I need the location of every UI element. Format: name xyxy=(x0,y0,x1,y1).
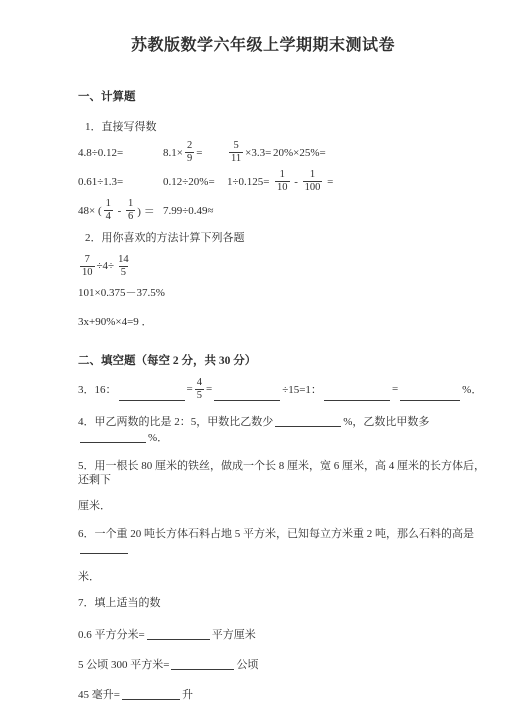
fraction: 29 xyxy=(185,140,194,165)
fraction-numerator: 1 xyxy=(278,169,287,181)
expression-cell: 1÷0.125= xyxy=(227,176,273,188)
text-run: 公顷 xyxy=(236,656,258,672)
q2-expression-3: 3x+90%×4=9 ． xyxy=(78,313,490,329)
fraction: 511 xyxy=(229,140,243,165)
fraction-numerator: 14 xyxy=(116,254,131,266)
question6-line2: 米． xyxy=(78,570,490,584)
question1-label: 1．直接写得数 xyxy=(85,120,490,134)
text-run: 4.8÷0.12= xyxy=(78,147,123,159)
fraction-numerator: 7 xyxy=(83,254,92,266)
q2-expression-2: 101×0.375－37.5% xyxy=(78,284,490,300)
text-run: %． xyxy=(462,381,482,397)
expression-cell: 4.8÷0.12= xyxy=(78,147,163,159)
fraction: 16 xyxy=(126,198,135,223)
q1-expressions-row3: 48× (14 - 16) ＝7.99÷0.49≈ xyxy=(78,196,490,225)
expression-cell: 511×3.3= xyxy=(227,140,273,165)
fraction: 710 xyxy=(80,254,95,279)
fraction-numerator: 4 xyxy=(195,377,204,389)
answer-blank xyxy=(122,687,180,700)
text-run: 48× ( xyxy=(78,205,102,217)
fraction-denominator: 4 xyxy=(104,210,113,223)
question3-line: 3．16：=45=÷15=1：=%． xyxy=(78,375,490,403)
text-run: %，乙数比甲数多 xyxy=(343,413,429,429)
fraction-denominator: 5 xyxy=(119,266,128,279)
text-run: = xyxy=(392,383,398,395)
expression-cell: 0.12÷20%= xyxy=(163,176,227,188)
expression-cell: 48× (14 - 16) ＝ xyxy=(78,198,163,223)
text-run: 0.12÷20%= xyxy=(163,176,215,188)
section2-heading: 二、填空题（每空 2 分，共 30 分） xyxy=(78,354,490,368)
expression-cell: 8.1×29= xyxy=(163,140,227,165)
fraction-numerator: 1 xyxy=(308,169,317,181)
text-run: %． xyxy=(148,429,168,445)
fraction-denominator: 11 xyxy=(229,152,243,165)
question5-line1: 5．用一根长 80 厘米的铁丝，做成一个长 8 厘米，宽 6 厘米，高 4 厘米… xyxy=(78,459,490,487)
fraction: 110 xyxy=(275,169,290,194)
fraction-denominator: 6 xyxy=(126,210,135,223)
question7-label: 7．填上适当的数 xyxy=(78,596,490,610)
answer-blank xyxy=(147,627,210,640)
answer-blank xyxy=(400,388,460,401)
q7-conversion-1: 0.6 平方分米=平方厘米 xyxy=(78,626,490,640)
text-run: 20%×25%= xyxy=(273,147,326,159)
text-run: ×3.3= xyxy=(245,147,271,159)
text-run: 7.99÷0.49≈ xyxy=(163,205,214,217)
fraction-denominator: 100 xyxy=(303,181,323,194)
answer-blank xyxy=(324,388,390,401)
text-run: 1÷0.125= xyxy=(227,176,270,188)
answer-blank xyxy=(80,430,146,443)
text-run: - xyxy=(292,176,301,188)
answer-blank xyxy=(275,414,341,427)
answer-blank xyxy=(171,657,234,670)
text-run: 4．甲乙两数的比是 2：5，甲数比乙数少 xyxy=(78,413,273,429)
expression-cell: 0.61÷1.3= xyxy=(78,176,163,188)
question6-line1: 6．一个重 20 吨长方体石料占地 5 平方米，已知每立方米重 2 吨，那么石料… xyxy=(78,525,490,556)
paper-content: 一、计算题 1．直接写得数 4.8÷0.12=8.1×29=511×3.3=20… xyxy=(0,90,526,700)
fraction-denominator: 5 xyxy=(195,389,204,402)
fraction: 14 xyxy=(104,198,113,223)
text-run: = xyxy=(196,147,202,159)
fraction-denominator: 9 xyxy=(185,152,194,165)
text-run: 平方厘米 xyxy=(212,626,256,642)
fraction-numerator: 5 xyxy=(231,140,240,152)
text-run: - xyxy=(115,205,124,217)
expression-cell: 110 - 1100 = xyxy=(273,169,333,194)
text-run: = xyxy=(324,176,333,188)
expression-cell: 20%×25%= xyxy=(273,147,326,159)
text-run: 升 xyxy=(182,686,193,702)
text-run: 45 毫升= xyxy=(78,686,120,702)
text-run: = xyxy=(187,383,193,395)
test-paper-page: 苏教版数学六年级上学期期末测试卷 一、计算题 1．直接写得数 4.8÷0.12=… xyxy=(0,0,526,702)
text-run: 8.1× xyxy=(163,147,183,159)
page-title: 苏教版数学六年级上学期期末测试卷 xyxy=(0,0,526,56)
text-run: 0.6 平方分米= xyxy=(78,626,145,642)
fraction: 145 xyxy=(116,254,131,279)
q7-conversion-2: 5 公顷 300 平方米=公顷 xyxy=(78,656,490,670)
q1-expressions-row1: 4.8÷0.12=8.1×29=511×3.3=20%×25%= xyxy=(78,138,490,167)
text-run: 6．一个重 20 吨长方体石料占地 5 平方米，已知每立方米重 2 吨，那么石料… xyxy=(78,525,474,541)
text-run: ) ＝ xyxy=(137,203,154,219)
text-run: 3x+90%×4=9 ． xyxy=(78,313,153,329)
answer-blank xyxy=(119,388,185,401)
section1-heading: 一、计算题 xyxy=(78,90,490,104)
text-run: ÷15=1： xyxy=(282,381,322,397)
text-run: 5 公顷 300 平方米= xyxy=(78,656,169,672)
answer-blank xyxy=(214,388,280,401)
text-run: = xyxy=(206,383,212,395)
text-run: 101×0.375－37.5% xyxy=(78,284,165,300)
fraction-denominator: 10 xyxy=(80,266,95,279)
q1-expressions-row2: 0.61÷1.3=0.12÷20%=1÷0.125=110 - 1100 = xyxy=(78,167,490,196)
fraction: 45 xyxy=(195,377,204,402)
question5-line2: 厘米． xyxy=(78,499,490,513)
q2-expression-1: 710÷4÷145 xyxy=(78,251,490,281)
fraction-numerator: 2 xyxy=(185,140,194,152)
question4-line: 4．甲乙两数的比是 2：5，甲数比乙数少%，乙数比甲数多%． xyxy=(78,413,490,445)
question2-label: 2．用你喜欢的方法计算下列各题 xyxy=(85,231,490,245)
fraction-denominator: 10 xyxy=(275,181,290,194)
fraction-numerator: 1 xyxy=(126,198,135,210)
text-run: 0.61÷1.3= xyxy=(78,176,123,188)
fraction: 1100 xyxy=(303,169,323,194)
text-run: 3．16： xyxy=(78,381,117,397)
fraction-numerator: 1 xyxy=(104,198,113,210)
text-run: ÷4÷ xyxy=(97,260,115,272)
q7-conversion-3: 45 毫升=升 xyxy=(78,686,490,700)
answer-blank xyxy=(80,541,128,554)
expression-cell: 7.99÷0.49≈ xyxy=(163,205,227,217)
